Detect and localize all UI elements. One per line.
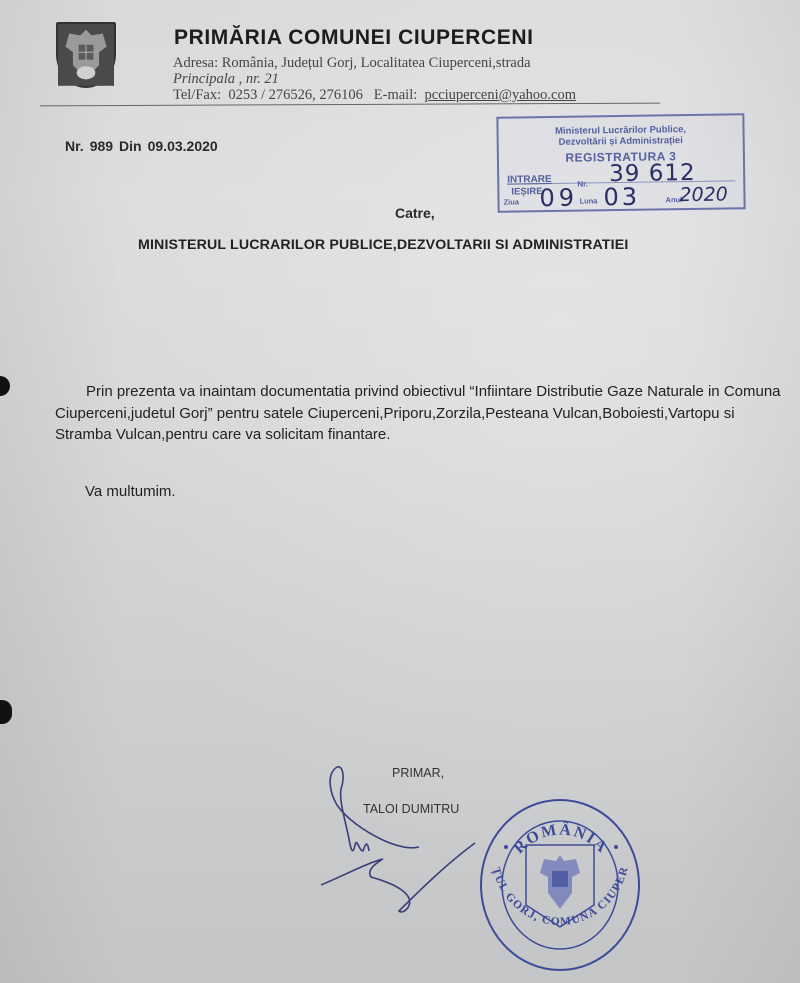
stamp-zi-label: Ziua xyxy=(503,197,519,206)
stamp-handwritten-year: 2020 xyxy=(679,184,728,207)
salutation: Catre, xyxy=(395,205,435,221)
nr-value: 989 xyxy=(90,138,113,154)
recipient: MINISTERUL LUCRARILOR PUBLICE,DEZVOLTARI… xyxy=(138,237,628,253)
stamp-luna-label: Luna xyxy=(579,196,597,205)
letterhead-title: PRIMĂRIA COMUNEI CIUPERCENI xyxy=(174,26,534,50)
letterhead-address-line1: Adresa: România, Județul Gorj, Localitat… xyxy=(173,55,531,72)
coat-of-arms-icon xyxy=(56,22,116,88)
body-paragraph-text: Prin prezenta va inaintam documentatia p… xyxy=(55,383,781,443)
official-seal: ROMÂNIA JUDEȚUL GORJ, COMUNA CIUPERCENI xyxy=(478,797,643,973)
date-value: 09.03.2020 xyxy=(148,138,218,154)
stamp-handwritten-day: 09 xyxy=(539,184,578,213)
closing: Va multumim. xyxy=(85,483,176,500)
body-paragraph: Prin prezenta va inaintam documentatia p… xyxy=(55,381,795,446)
stamp-iesire-label: IEȘIRE xyxy=(511,186,542,197)
nr-label: Nr. xyxy=(65,138,84,154)
letterhead-address-line2: Principala , nr. 21 xyxy=(173,71,279,88)
email-label: E-mail: xyxy=(374,87,418,103)
registration-stamp: Ministerul Lucrărilor Publice, Dezvoltăr… xyxy=(496,113,745,212)
stamp-ministry-line2: Dezvoltării și Administrației xyxy=(499,134,743,148)
date-label: Din xyxy=(119,138,142,154)
stamp-nr-label: Nr. xyxy=(577,179,588,188)
phone-number: 0253 / 276526, 276106 xyxy=(228,87,363,103)
punch-hole xyxy=(0,376,10,396)
phone-label: Tel/Fax: xyxy=(173,87,221,103)
letterhead-divider xyxy=(40,103,660,107)
handwritten-signature-icon xyxy=(315,755,485,915)
document-reference: Nr.989Din09.03.2020 xyxy=(65,138,224,154)
letterhead-contact: Tel/Fax: 0253 / 276526, 276106 E-mail: p… xyxy=(173,87,576,104)
punch-hole xyxy=(0,700,12,724)
stamp-handwritten-month: 03 xyxy=(603,183,640,212)
email-link[interactable]: pcciuperceni@yahoo.com xyxy=(425,87,576,103)
